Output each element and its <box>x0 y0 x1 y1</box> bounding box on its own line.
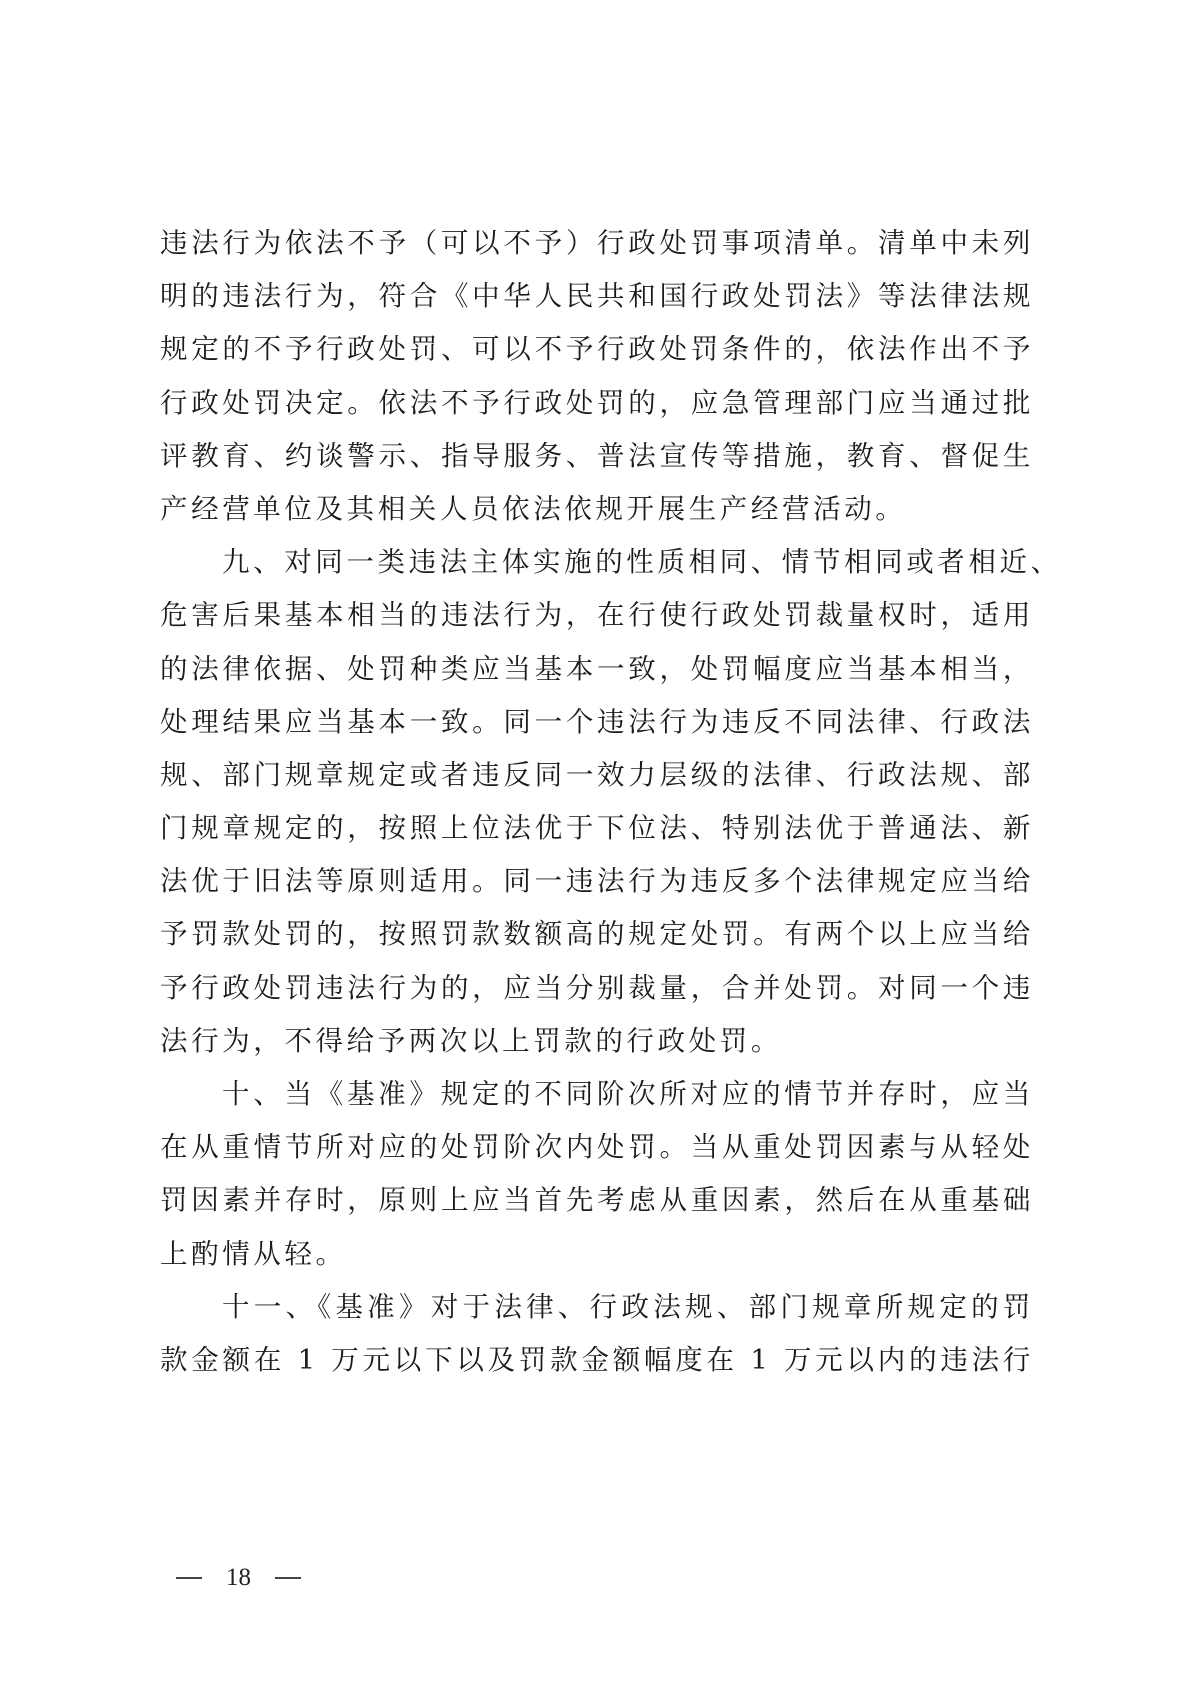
text-line: 法行为，不得给予两次以上罚款的行政处罚。 <box>160 1015 1034 1068</box>
text-line: 明的违法行为，符合《中华人民共和国行政处罚法》等法律法规 <box>160 270 1034 323</box>
paragraph-10-start: 十、当《基准》规定的不同阶次所对应的情节并存时，应当 <box>160 1068 1034 1121</box>
text-line: 在从重情节所对应的处罚阶次内处罚。当从重处罚因素与从轻处 <box>160 1121 1034 1174</box>
text-line: 的法律依据、处罚种类应当基本一致，处罚幅度应当基本相当， <box>160 643 1034 696</box>
text-line: 罚因素并存时，原则上应当首先考虑从重因素，然后在从重基础 <box>160 1174 1034 1227</box>
text-line: 处理结果应当基本一致。同一个违法行为违反不同法律、行政法 <box>160 696 1034 749</box>
page-number: 18 <box>226 1558 251 1598</box>
paragraph-9-start: 九、对同一类违法主体实施的性质相同、情节相同或者相近、 <box>160 536 1034 589</box>
footer-dash-left <box>176 1577 202 1579</box>
text-line: 予行政处罚违法行为的，应当分别裁量，合并处罚。对同一个违 <box>160 962 1034 1015</box>
text-line: 门规章规定的，按照上位法优于下位法、特别法优于普通法、新 <box>160 802 1034 855</box>
text-line: 上酌情从轻。 <box>160 1228 1034 1281</box>
text-line: 规定的不予行政处罚、可以不予行政处罚条件的，依法作出不予 <box>160 323 1034 376</box>
text-line: 评教育、约谈警示、指导服务、普法宣传等措施，教育、督促生 <box>160 430 1034 483</box>
text-line: 违法行为依法不予（可以不予）行政处罚事项清单。清单中未列 <box>160 217 1034 270</box>
page-footer: 18 <box>176 1558 301 1598</box>
text-line: 危害后果基本相当的违法行为，在行使行政处罚裁量权时，适用 <box>160 589 1034 642</box>
footer-dash-right <box>275 1577 301 1579</box>
document-body: 违法行为依法不予（可以不予）行政处罚事项清单。清单中未列 明的违法行为，符合《中… <box>160 217 1034 1387</box>
text-line: 行政处罚决定。依法不予行政处罚的，应急管理部门应当通过批 <box>160 377 1034 430</box>
text-line: 法优于旧法等原则适用。同一违法行为违反多个法律规定应当给 <box>160 855 1034 908</box>
text-line: 产经营单位及其相关人员依法依规开展生产经营活动。 <box>160 483 1034 536</box>
paragraph-11-start: 十一、《基准》对于法律、行政法规、部门规章所规定的罚 <box>160 1281 1034 1334</box>
text-line: 款金额在 1 万元以下以及罚款金额幅度在 1 万元以内的违法行 <box>160 1334 1034 1387</box>
text-line: 规、部门规章规定或者违反同一效力层级的法律、行政法规、部 <box>160 749 1034 802</box>
text-line: 予罚款处罚的，按照罚款数额高的规定处罚。有两个以上应当给 <box>160 908 1034 961</box>
